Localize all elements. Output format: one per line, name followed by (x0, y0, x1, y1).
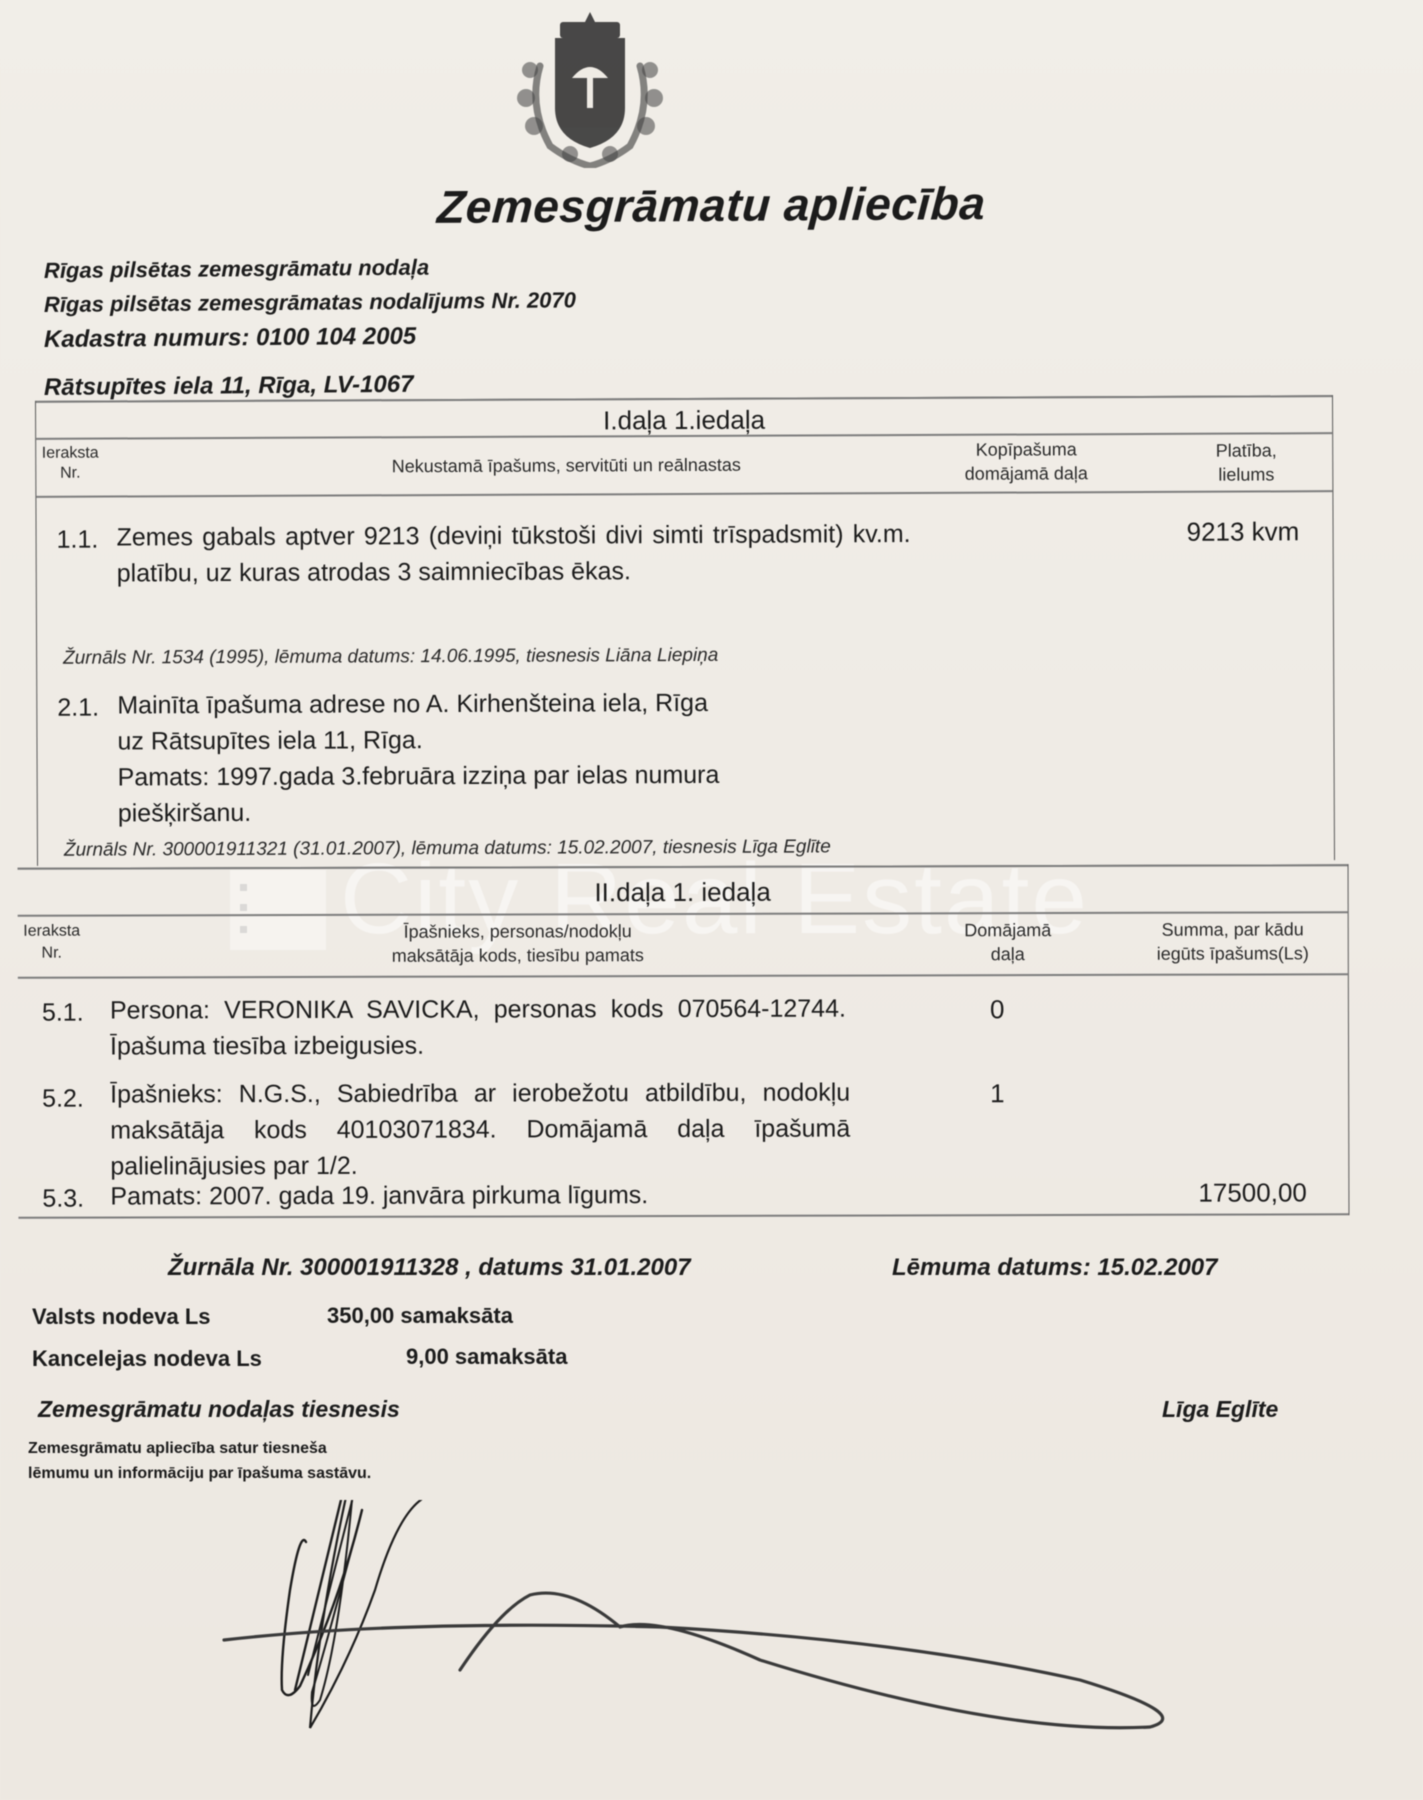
coat-of-arms-icon (500, 8, 680, 168)
section-2-table: II.daļa 1. iedaļa IerakstaNr. Īpašnieks,… (18, 864, 1350, 1218)
state-fee-label: Valsts nodeva Ls (32, 1304, 211, 1330)
area-value: 9213 kvm (1187, 516, 1300, 547)
col-owner: Īpašnieks, personas/nodokļumaksātāja kod… (308, 919, 728, 968)
col-entry-nr: IerakstaNr. (30, 444, 110, 484)
journal-entry: Žurnāls Nr. 300001911321 (31.01.2007), l… (64, 836, 831, 861)
office-fee-label: Kancelejas nodeva Ls (32, 1346, 262, 1372)
registry-folio: Rīgas pilsētas zemesgrāmatas nodalījums … (44, 287, 576, 318)
office-fee-amount: 9,00 samaksāta (406, 1344, 567, 1370)
entry-nr: 5.1. (42, 999, 84, 1028)
certificate-note: Zemesgrāmatu apliecība satur tiesneša lē… (28, 1436, 371, 1486)
journal-entry: Žurnāls Nr. 1534 (1995), lēmuma datums: … (63, 645, 718, 670)
entry-nr: 5.2. (42, 1085, 84, 1114)
property-address: Rātsupītes iela 11, Rīga, LV-1067 (44, 371, 414, 402)
entry-text: Pamats: 2007. gada 19. janvāra pirkuma l… (110, 1176, 910, 1214)
col-entry-nr: IerakstaNr. (12, 921, 92, 965)
document-page: Zemesgrāmatu apliecība Rīgas pilsētas ze… (0, 0, 1423, 1800)
share-value: 1 (990, 1078, 1005, 1109)
entry-nr: 2.1. (57, 694, 99, 723)
document-title: Zemesgrāmatu apliecība (0, 173, 1423, 237)
col-co-ownership: Kopīpašumadomājamā daļa (936, 437, 1116, 486)
entry-nr: 5.3. (42, 1185, 84, 1214)
entry-text: Mainīta īpašuma adrese no A. Kirhenštein… (117, 684, 938, 832)
entry-text: Īpašnieks: N.G.S., Sabiedrība ar ierobež… (110, 1075, 850, 1185)
section-2-title: II.daļa 1. iedaļa (18, 875, 1348, 909)
land-registry-office: Rīgas pilsētas zemesgrāmatu nodaļa (44, 255, 429, 284)
col-description: Nekustamā īpašums, servitūti un reālnast… (216, 452, 916, 479)
col-share: Domājamādaļa (948, 918, 1068, 966)
decision-date: Lēmuma datums: 15.02.2007 (892, 1254, 1218, 1282)
entry-nr: 1.1. (57, 526, 99, 555)
journal-number: Žurnāla Nr. 300001911328 , datums 31.01.… (168, 1254, 691, 1282)
sum-value: 17500,00 (1198, 1177, 1307, 1208)
entry-text: Zemes gabals aptver 9213 (deviņi tūkstoš… (117, 516, 911, 591)
signature-icon (200, 1500, 1200, 1800)
cadastre-number: Kadastra numurs: 0100 104 2005 (44, 323, 416, 354)
share-value: 0 (990, 994, 1005, 1025)
col-area: Platība,lielums (1176, 438, 1316, 487)
section-1-table: I.daļa 1.iedaļa IerakstaNr. Nekustamā īp… (35, 395, 1335, 866)
col-sum: Summa, par kāduiegūts īpašums(Ls) (1118, 917, 1348, 966)
judge-title: Zemesgrāmatu nodaļas tiesnesis (38, 1396, 400, 1423)
judge-name: Līga Eglīte (1162, 1396, 1278, 1423)
state-fee-amount: 350,00 samaksāta (327, 1303, 513, 1329)
entry-text: Persona: VERONIKA SAVICKA, personas kods… (110, 991, 846, 1065)
